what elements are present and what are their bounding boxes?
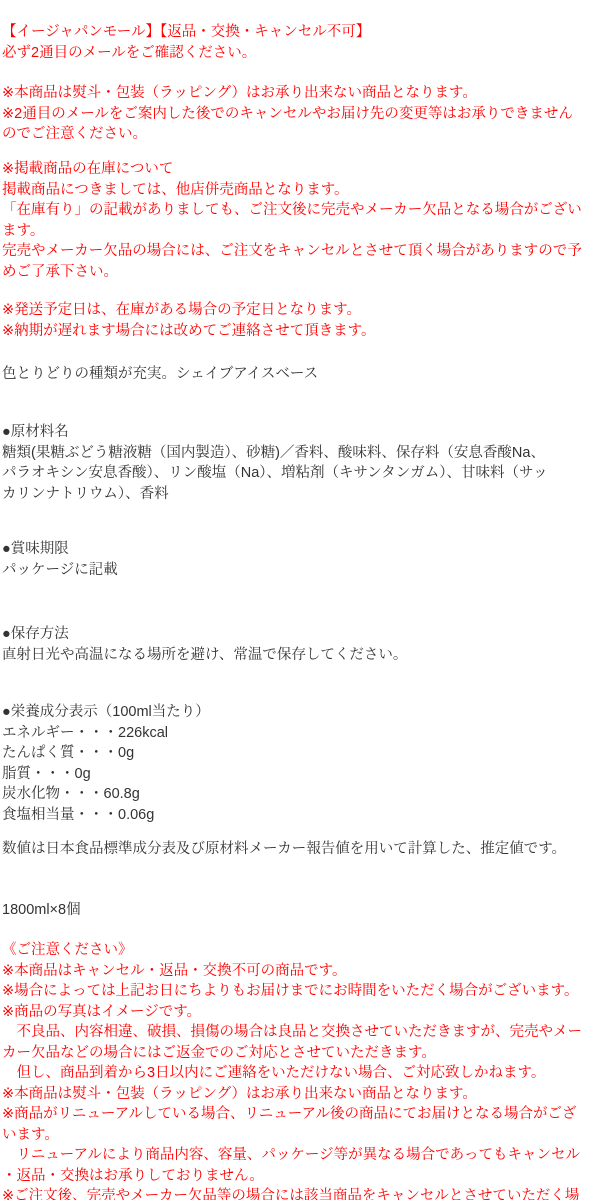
nutrition-disclaimer: 数値は日本食品標準成分表及び原材料メーカー報告値を用いて計算した、推定値です。 [2,839,600,860]
mall-header-notice: 【イージャパンモール】【返品・交換・キャンセル不可】 必ず2通目のメールをご確認… [2,22,600,63]
nutrition-section: ●栄養成分表示（100ml当たり） エネルギー・・・226kcal たんぱく質・… [2,702,600,825]
package-quantity: 1800ml×8個 [2,900,600,921]
wrapping-cancel-notice: ※本商品は熨斗・包装（ラッピング）はお承り出来ない商品となります。 ※2通目のメ… [2,83,600,145]
ingredients-section: ●原材料名 糖類(果糖ぶどう糖液糖（国内製造）、砂糖)／香料、酸味料、保存料（安… [2,422,600,504]
product-catchcopy: 色とりどりの種類が充実。シェイブアイスベース [2,364,600,385]
expiry-section: ●賞味期限 パッケージに記載 [2,539,600,580]
stock-notice: ※掲載商品の在庫について 掲載商品につきましては、他店併売商品となります。 「在… [2,159,600,282]
product-description-page: 【イージャパンモール】【返品・交換・キャンセル不可】 必ず2通目のメールをご確認… [0,0,600,1200]
shipping-schedule-notice: ※発送予定日は、在庫がある場合の予定日となります。 ※納期が遅れます場合には改め… [2,300,600,341]
storage-section: ●保存方法 直射日光や高温になる場所を避け、常温で保存してください。 [2,624,600,665]
caution-notice: 《ご注意ください》 ※本商品はキャンセル・返品・交換不可の商品です。 ※場合によ… [2,940,600,1200]
